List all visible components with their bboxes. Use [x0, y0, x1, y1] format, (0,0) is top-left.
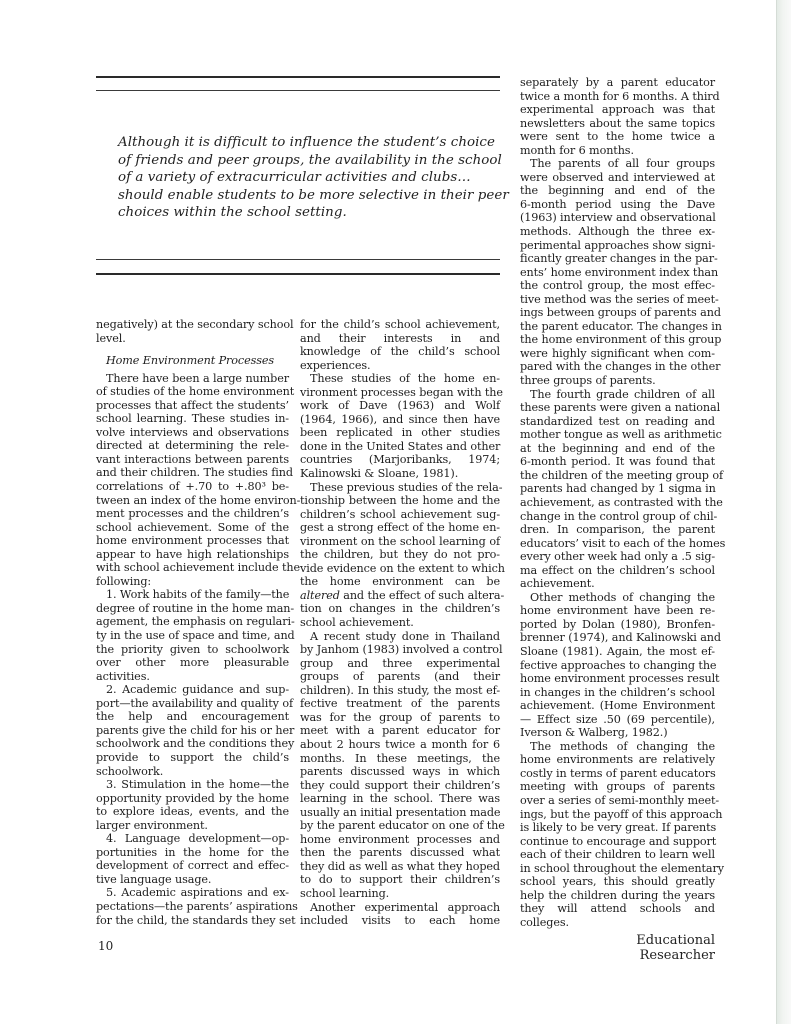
text-line: parents give the child for his or her — [96, 724, 289, 738]
pullquote-bottom-rule-thick — [96, 273, 500, 275]
text-line: the priority given to schoolwork — [96, 643, 289, 657]
text-line: ty in the use of space and time, and — [96, 629, 289, 643]
text-line: development of correct and effec- — [96, 859, 289, 873]
text-line: children). In this study, the most ef- — [300, 684, 500, 698]
text-line: were highly significant when com- — [520, 347, 715, 361]
text-line: achievement. — [520, 577, 715, 591]
text-line: the help and encouragement — [96, 710, 289, 724]
text-line: over a series of semi-monthly meet- — [520, 794, 715, 808]
text-line: volve interviews and observations — [96, 426, 289, 440]
text-line: 2. Academic guidance and sup- — [96, 683, 289, 697]
text-line: the control group, the most effec- — [520, 279, 715, 293]
text-line: and their children. The studies find — [96, 466, 289, 480]
text-line: work of Dave (1963) and Wolf — [300, 399, 500, 413]
paragraph: A recent study done in Thailand by Janho… — [300, 630, 500, 901]
text-line: parents had changed by 1 sigma in — [520, 482, 715, 496]
paragraph: These studies of the home en- vironment … — [300, 372, 500, 480]
text-line: opportunity provided by the home — [96, 792, 289, 806]
text-line: home environments are relatively — [520, 753, 715, 767]
text-line: school achievement. — [300, 616, 500, 630]
text-line: done in the United States and other — [300, 440, 500, 454]
text-line: achievement, as contrasted with the — [520, 496, 715, 510]
text-line: group and three experimental — [300, 657, 500, 671]
text-line: gest a strong effect of the home en- — [300, 521, 500, 535]
text-line: ents’ home environment index than — [520, 266, 715, 280]
text-line: for the child’s school achievement, — [300, 318, 500, 332]
text-line: countries (Marjoribanks, 1974; — [300, 453, 500, 467]
text-line: (1964, 1966), and since then have — [300, 413, 500, 427]
text-line: school learning. — [300, 887, 500, 901]
text-line: vironment processes began with the — [300, 386, 500, 400]
text-line: correlations of +.70 to +.80³ be- — [96, 480, 289, 494]
text-line: home environment processes and — [300, 833, 500, 847]
text-line: A recent study done in Thailand — [300, 630, 500, 644]
text-column-2: for the child’s school achievement, and … — [300, 318, 500, 928]
text-line: the home environment can be — [300, 575, 500, 589]
text-line: agement, the emphasis on regulari- — [96, 615, 289, 629]
text-line: is likely to be very great. If parents — [520, 821, 715, 835]
text-line: provide to support the child’s — [96, 751, 289, 765]
text-line: newsletters about the same topics — [520, 117, 715, 131]
text-line: tion on changes in the children’s — [300, 602, 500, 616]
text-line: included visits to each home — [300, 914, 500, 928]
text-line: (1963) interview and observational — [520, 211, 715, 225]
text-line: were sent to the home twice a — [520, 130, 715, 144]
text-line: school learning. These studies in- — [96, 412, 289, 426]
text-line: negatively) at the secondary school — [96, 318, 289, 332]
pull-quote: Although it is difficult to influence th… — [118, 134, 498, 222]
text-line: by the parent educator on one of the — [300, 819, 500, 833]
paragraph: The methods of changing the home environ… — [520, 740, 715, 930]
text-line: brenner (1974), and Kalinowski and — [520, 631, 715, 645]
pullquote-line: Although it is difficult to influence th… — [118, 134, 498, 152]
text-line: over other more pleasurable — [96, 656, 289, 670]
text-line: they could support their children’s — [300, 779, 500, 793]
text-line: about 2 hours twice a month for 6 — [300, 738, 500, 752]
text-line: tive language usage. — [96, 873, 289, 887]
text-line: separately by a parent educator — [520, 76, 715, 90]
text-line: for the child, the standards they set — [96, 914, 289, 928]
text-line: pectations—the parents’ aspirations — [96, 900, 289, 914]
text-line: These studies of the home en- — [300, 372, 500, 386]
text-line: been replicated in other studies — [300, 426, 500, 440]
text-line: 6-month period. It was found that — [520, 455, 715, 469]
text-line: directed at determining the rele- — [96, 439, 289, 453]
paragraph: There have been a large number of studie… — [96, 372, 289, 589]
text-line: tionship between the home and the — [300, 494, 500, 508]
text-line: vide evidence on the extent to which — [300, 562, 500, 576]
text-line: tween an index of the home environ- — [96, 494, 289, 508]
text-line: standardized test on reading and — [520, 415, 715, 429]
text-line: were observed and interviewed at — [520, 171, 715, 185]
column-top-spacer — [520, 8, 715, 76]
text-line: and their interests in and — [300, 332, 500, 346]
text-line: level. — [96, 332, 289, 346]
text-line: groups of parents (and their — [300, 670, 500, 684]
pullquote-line: should enable students to be more select… — [118, 187, 498, 205]
text-line: to do to support their children’s — [300, 873, 500, 887]
emphasis-altered: altered — [300, 589, 340, 602]
text-line: 4. Language development—op- — [96, 832, 289, 846]
page-number: 10 — [98, 939, 113, 953]
text-line: help the children during the years — [520, 889, 715, 903]
text-line: they did as well as what they hoped — [300, 860, 500, 874]
text-line: vironment on the school learning of — [300, 535, 500, 549]
text-line: home environment have been re- — [520, 604, 715, 618]
text-line: larger environment. — [96, 819, 289, 833]
text-line: school years, this should greatly — [520, 875, 715, 889]
paragraph: The fourth grade children of all these p… — [520, 388, 715, 591]
text-line: These previous studies of the rela- — [300, 481, 500, 495]
text-line: then the parents discussed what — [300, 846, 500, 860]
text-line: usually an initial presentation made — [300, 806, 500, 820]
text-line: 1. Work habits of the family—the — [96, 588, 289, 602]
text-line: Sloane (1981). Again, the most ef- — [520, 645, 715, 659]
text-line: The fourth grade children of all — [520, 388, 715, 402]
text-line: twice a month for 6 months. A third — [520, 90, 715, 104]
list-item: 5. Academic aspirations and ex- pectatio… — [96, 886, 289, 927]
text-line: There have been a large number — [96, 372, 289, 386]
text-line: meet with a parent educator for — [300, 724, 500, 738]
text-line: colleges. — [520, 916, 715, 930]
paragraph: Other methods of changing the home envir… — [520, 591, 715, 740]
text-column-1: negatively) at the secondary school leve… — [96, 318, 289, 927]
text-line: experimental approach was that — [520, 103, 715, 117]
paragraph: The parents of all four groups were obse… — [520, 157, 715, 387]
text-line: 3. Stimulation in the home—the — [96, 778, 289, 792]
text-line: meeting with groups of parents — [520, 780, 715, 794]
section-heading: Home Environment Processes — [96, 354, 289, 368]
text-line: schoolwork. — [96, 765, 289, 779]
text-line: following: — [96, 575, 289, 589]
text-line: continue to encourage and support — [520, 835, 715, 849]
text-line: the home environment of this group — [520, 333, 715, 347]
text-line: home environment processes result — [520, 672, 715, 686]
text-line: ma effect on the children’s school — [520, 564, 715, 578]
text-line: the parent educator. The changes in — [520, 320, 715, 334]
text-line: children’s school achievement sug- — [300, 508, 500, 522]
text-line: was for the group of parents to — [300, 711, 500, 725]
text-line: degree of routine in the home man- — [96, 602, 289, 616]
paragraph: separately by a parent educator twice a … — [520, 76, 715, 157]
journal-name: Educational Researcher — [565, 933, 715, 963]
text-line: ment processes and the children’s — [96, 507, 289, 521]
list-item: 4. Language development—op- portunities … — [96, 832, 289, 886]
text-line: altered and the effect of such altera- — [300, 589, 500, 603]
text-line: month for 6 months. — [520, 144, 715, 158]
text-line: perimental approaches show signi- — [520, 239, 715, 253]
text-line: with school achievement include the — [96, 561, 289, 575]
pullquote-line: of a variety of extracurricular activiti… — [118, 169, 498, 187]
text-line: port—the availability and quality of — [96, 697, 289, 711]
list-item: 3. Stimulation in the home—the opportuni… — [96, 778, 289, 832]
text-line: the children, but they do not pro- — [300, 548, 500, 562]
text-line: parents discussed ways in which — [300, 765, 500, 779]
text-line: in school throughout the elementary — [520, 862, 715, 876]
text-line: fective approaches to changing the — [520, 659, 715, 673]
text-line: achievement. (Home Environment — [520, 699, 715, 713]
paragraph: Another experimental approach included v… — [300, 901, 500, 928]
text-line: Iverson & Walberg, 1982.) — [520, 726, 715, 740]
text-line: months. In these meetings, the — [300, 752, 500, 766]
text-line: ported by Dolan (1980), Bronfen- — [520, 618, 715, 632]
text-line: — Effect size .50 (69 percentile), — [520, 713, 715, 727]
pullquote-line: choices within the school setting. — [118, 204, 498, 222]
text-line: activities. — [96, 670, 289, 684]
text-line: 6-month period using the Dave — [520, 198, 715, 212]
text-line: Other methods of changing the — [520, 591, 715, 605]
pullquote-top-rule-thick — [96, 76, 500, 78]
text-line: vant interactions between parents — [96, 453, 289, 467]
text-line: The parents of all four groups — [520, 157, 715, 171]
text-column-3: separately by a parent educator twice a … — [520, 8, 715, 929]
text-fragment: and the effect of such altera- — [340, 589, 504, 602]
pullquote-line: of friends and peer groups, the availabi… — [118, 152, 498, 170]
list-item: 2. Academic guidance and sup- port—the a… — [96, 683, 289, 778]
text-line: ficantly greater changes in the par- — [520, 252, 715, 266]
text-line: methods. Although the three ex- — [520, 225, 715, 239]
text-line: Another experimental approach — [300, 901, 500, 915]
text-line: each of their children to learn well — [520, 848, 715, 862]
text-line: home environment processes that — [96, 534, 289, 548]
text-line: 5. Academic aspirations and ex- — [96, 886, 289, 900]
text-line: fective treatment of the parents — [300, 697, 500, 711]
paragraph: These previous studies of the rela- tion… — [300, 481, 500, 630]
text-line: ings, but the payoff of this approach — [520, 808, 715, 822]
paragraph: for the child’s school achievement, and … — [300, 318, 500, 372]
text-line: ings between groups of parents and — [520, 306, 715, 320]
text-line: three groups of parents. — [520, 374, 715, 388]
text-line: the children of the meeting group of — [520, 469, 715, 483]
pullquote-bottom-rule-thin — [96, 259, 500, 260]
text-line: appear to have high relationships — [96, 548, 289, 562]
text-line: by Janhom (1983) involved a control — [300, 643, 500, 657]
text-line: of studies of the home environment — [96, 385, 289, 399]
text-line: schoolwork and the conditions they — [96, 737, 289, 751]
text-line: dren. In comparison, the parent — [520, 523, 715, 537]
text-line: portunities in the home for the — [96, 846, 289, 860]
text-line: every other week had only a .5 sig- — [520, 550, 715, 564]
pullquote-top-rule-thin — [96, 90, 500, 91]
text-line: learning in the school. There was — [300, 792, 500, 806]
text-line: school achievement. Some of the — [96, 521, 289, 535]
text-line: experiences. — [300, 359, 500, 373]
text-line: knowledge of the child’s school — [300, 345, 500, 359]
text-line: to explore ideas, events, and the — [96, 805, 289, 819]
text-line: The methods of changing the — [520, 740, 715, 754]
text-line: these parents were given a national — [520, 401, 715, 415]
text-line: costly in terms of parent educators — [520, 767, 715, 781]
text-line: in changes in the children’s school — [520, 686, 715, 700]
text-line: change in the control group of chil- — [520, 510, 715, 524]
list-item: 1. Work habits of the family—the degree … — [96, 588, 289, 683]
text-line: Kalinowski & Sloane, 1981). — [300, 467, 500, 481]
text-line: mother tongue as well as arithmetic — [520, 428, 715, 442]
text-line: educators’ visit to each of the homes — [520, 537, 715, 551]
text-line: tive method was the series of meet- — [520, 293, 715, 307]
text-line: processes that affect the students’ — [96, 399, 289, 413]
text-line: pared with the changes in the other — [520, 360, 715, 374]
page-edge-shadow — [776, 0, 791, 1024]
text-line: the beginning and end of the — [520, 184, 715, 198]
text-line: they will attend schools and — [520, 902, 715, 916]
text-line: at the beginning and end of the — [520, 442, 715, 456]
